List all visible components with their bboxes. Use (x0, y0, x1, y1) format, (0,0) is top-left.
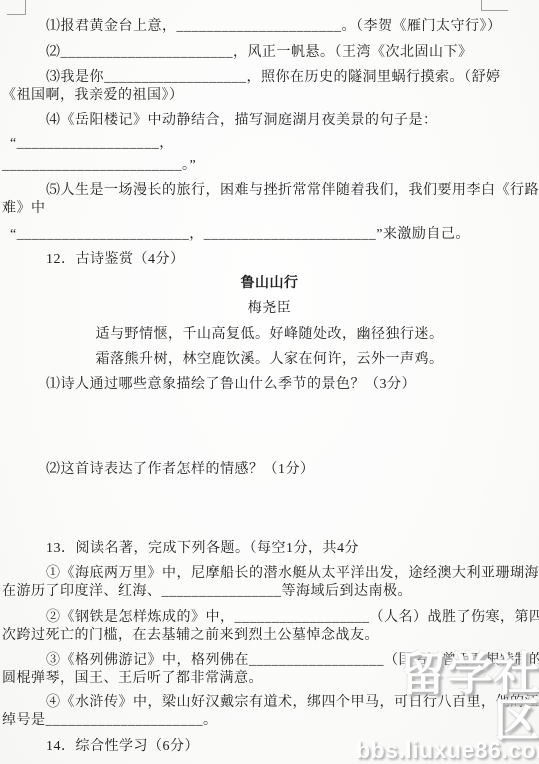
fill-blank-q5-blanks: “_______________________，_______________… (10, 226, 470, 243)
fill-blank-q2: ⑵_______________________，风正一帆悬。（王湾《次北固山下… (46, 44, 473, 61)
poem-title: 鲁山山行 (0, 275, 539, 292)
watermark-url: bbs.liuxue86.com (356, 738, 539, 762)
poem-author: 梅尧臣 (0, 300, 539, 317)
book-q2-line1: ②《钢铁是怎样炼成的》中，__________________（人名）战胜了伤寒… (46, 609, 539, 626)
margin-crop-mark-left (7, 0, 26, 15)
book-q2-line2: 次跨过死亡的门槛，在去基辅之前来到烈土公墓悼念战友。 (2, 627, 379, 644)
book-q4-line1: ④《水浒传》中，梁山好汉戴宗有道术，绑四个甲马，可日行八百里，他的江湖 (46, 694, 539, 711)
question-12-sub1: ⑴诗人通过哪些意象描绘了鲁山什么季节的景色？（3分） (46, 376, 416, 393)
fill-blank-q1: ⑴报君黄金台上意，______________________。（李贺《雁门太守… (46, 18, 502, 35)
margin-crop-mark-right (481, 0, 508, 11)
book-q1-line1: ①《海底两万里》中，尼摩船长的潜水艇从太平洋出发，途经澳大利亚珊瑚海， (46, 565, 539, 582)
book-q1-line2: 在游历了印度洋、红海、________________等海域后到达南极。 (2, 583, 412, 600)
fill-blank-q4-prompt: ⑷《岳阳楼记》中动静结合，描写洞庭湖月夜美景的句子是： (46, 112, 438, 129)
fill-blank-q5-line1: ⑸人生是一场漫长的旅行，困难与挫折常常伴随着我们，我们要用李白《行路 (46, 182, 539, 199)
fill-blank-q5-line2: 难》中 (2, 200, 46, 217)
poem-verse-2: 霜落熊升树，林空鹿饮溪。人家在何许，云外一声鸡。 (0, 351, 539, 368)
poem-verse-1: 适与野情惬，千山高复低。好峰随处改，幽径独行迷。 (0, 326, 539, 343)
question-12-header: 12．古诗鉴赏（4分） (46, 251, 185, 268)
question-14-header: 14．综合性学习（6分） (46, 738, 199, 755)
fill-blank-q3-line2: 《祖国啊，我亲爱的祖国》） (2, 87, 184, 104)
book-q3-line2: 圆棍弹琴，国王、王后听了都非常满意。 (2, 670, 263, 687)
book-q3-line1: ③《格列佛游记》中，格列佛在__________________（国名）曾用两根… (46, 652, 539, 669)
fill-blank-q3-line1: ⑶我是你___________________，照你在历史的隧洞里蜗行摸索。（舒… (46, 69, 501, 86)
fill-blank-q4-blank2: ________________________。” (2, 157, 196, 174)
exam-document-page: ⑴报君黄金台上意，______________________。（李贺《雁门太守… (0, 0, 539, 764)
book-q4-line2: 绰号是_____________________。 (2, 712, 218, 729)
question-12-sub2: ⑵这首诗表达了作者怎样的情感？（1分） (46, 461, 315, 478)
fill-blank-q4-blank1: “___________________， (10, 135, 174, 152)
question-13-header: 13．阅读名著，完成下列各题。（每空1分，共4分 (46, 540, 359, 557)
